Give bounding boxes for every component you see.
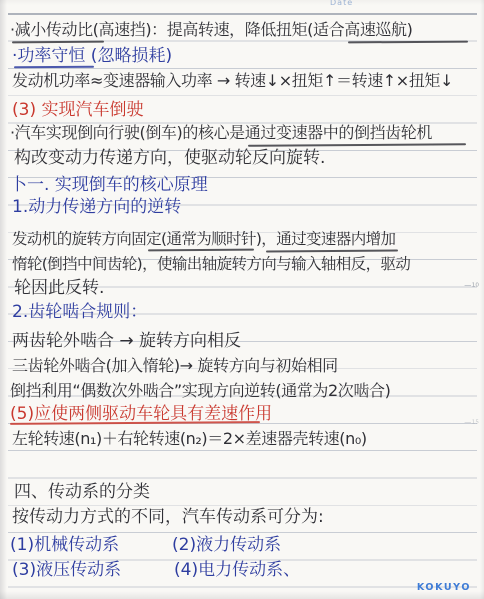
line-number-marker-10: 10 bbox=[465, 282, 479, 288]
note-line: 1.动力传递方向的逆转 bbox=[12, 196, 181, 218]
note-line: 发动机功率≈变速器输入功率 → 转速↓×扭矩↑＝转速↑×扭矩↓ bbox=[12, 70, 453, 92]
list-item: (1)机械传动系 bbox=[10, 535, 119, 555]
list-item: (3)液压传动系 bbox=[12, 560, 121, 580]
list-item: (2)液力传动系 bbox=[172, 534, 281, 556]
header-rule-line bbox=[8, 13, 477, 14]
note-line: 倒挡利用“偶数次外啮合”实现方向逆转(通常为2次啮合) bbox=[10, 380, 390, 402]
hand-underline bbox=[12, 40, 104, 42]
note-line: (3)液压传动系 (4)电力传动系、 bbox=[12, 559, 121, 581]
note-line: 按传动力方式的不同，汽车传动系可分为: bbox=[12, 506, 324, 528]
note-line: 发动机的旋转方向固定(通常为顺时针)，通过变速器内增加 bbox=[12, 228, 395, 250]
note-line: ·减小传动比(高速挡)：提高转速，降低扭矩(适合高速巡航) bbox=[10, 19, 412, 41]
note-line: ·汽车实现倒向行驶(倒车)的核心是通过变速器中的倒挡齿轮机 bbox=[10, 122, 432, 144]
note-line: 轮因此反转. bbox=[14, 277, 104, 299]
note-line: 左轮转速(n₁)＋右轮转速(n₂)＝2×差速器壳转速(n₀) bbox=[12, 428, 367, 450]
hand-underline bbox=[248, 143, 466, 146]
hand-underline bbox=[14, 66, 94, 68]
hand-underline bbox=[148, 249, 254, 252]
hand-underline bbox=[266, 250, 398, 253]
note-line: 惰轮(倒挡中间齿轮)，使输出轴旋转方向与输入轴相反，驱动 bbox=[12, 253, 410, 275]
note-line: ·功率守恒 (忽略损耗) bbox=[12, 45, 172, 67]
hand-underline bbox=[348, 41, 468, 44]
list-item: (4)电力传动系、 bbox=[174, 559, 300, 581]
line-number-marker-15: 15 bbox=[465, 419, 479, 425]
notebook-page: Date 10 15 ·减小传动比(高速挡)：提高转速，降低扭矩(适合高速巡航)… bbox=[0, 0, 484, 599]
date-label: Date bbox=[330, 0, 353, 7]
note-line: 2.齿轮啮合规则： bbox=[12, 301, 147, 323]
note-line: 构改变动力传递方向，使驱动轮反向旋转. bbox=[14, 147, 325, 169]
note-line: (3) 实现汽车倒驶 bbox=[12, 99, 143, 121]
note-line: 两齿轮外啮合 → 旋转方向相反 bbox=[12, 330, 241, 352]
note-line: 四、传动系的分类 bbox=[14, 481, 150, 503]
note-line: (1)机械传动系 (2)液力传动系 bbox=[10, 534, 119, 556]
note-line: 卜一. 实现倒车的核心原理 bbox=[10, 174, 208, 196]
note-line: 三齿轮外啮合(加入惰轮)→ 旋转方向与初始相同 bbox=[12, 355, 338, 377]
kokuyo-logo: KOKUYO bbox=[417, 582, 471, 593]
